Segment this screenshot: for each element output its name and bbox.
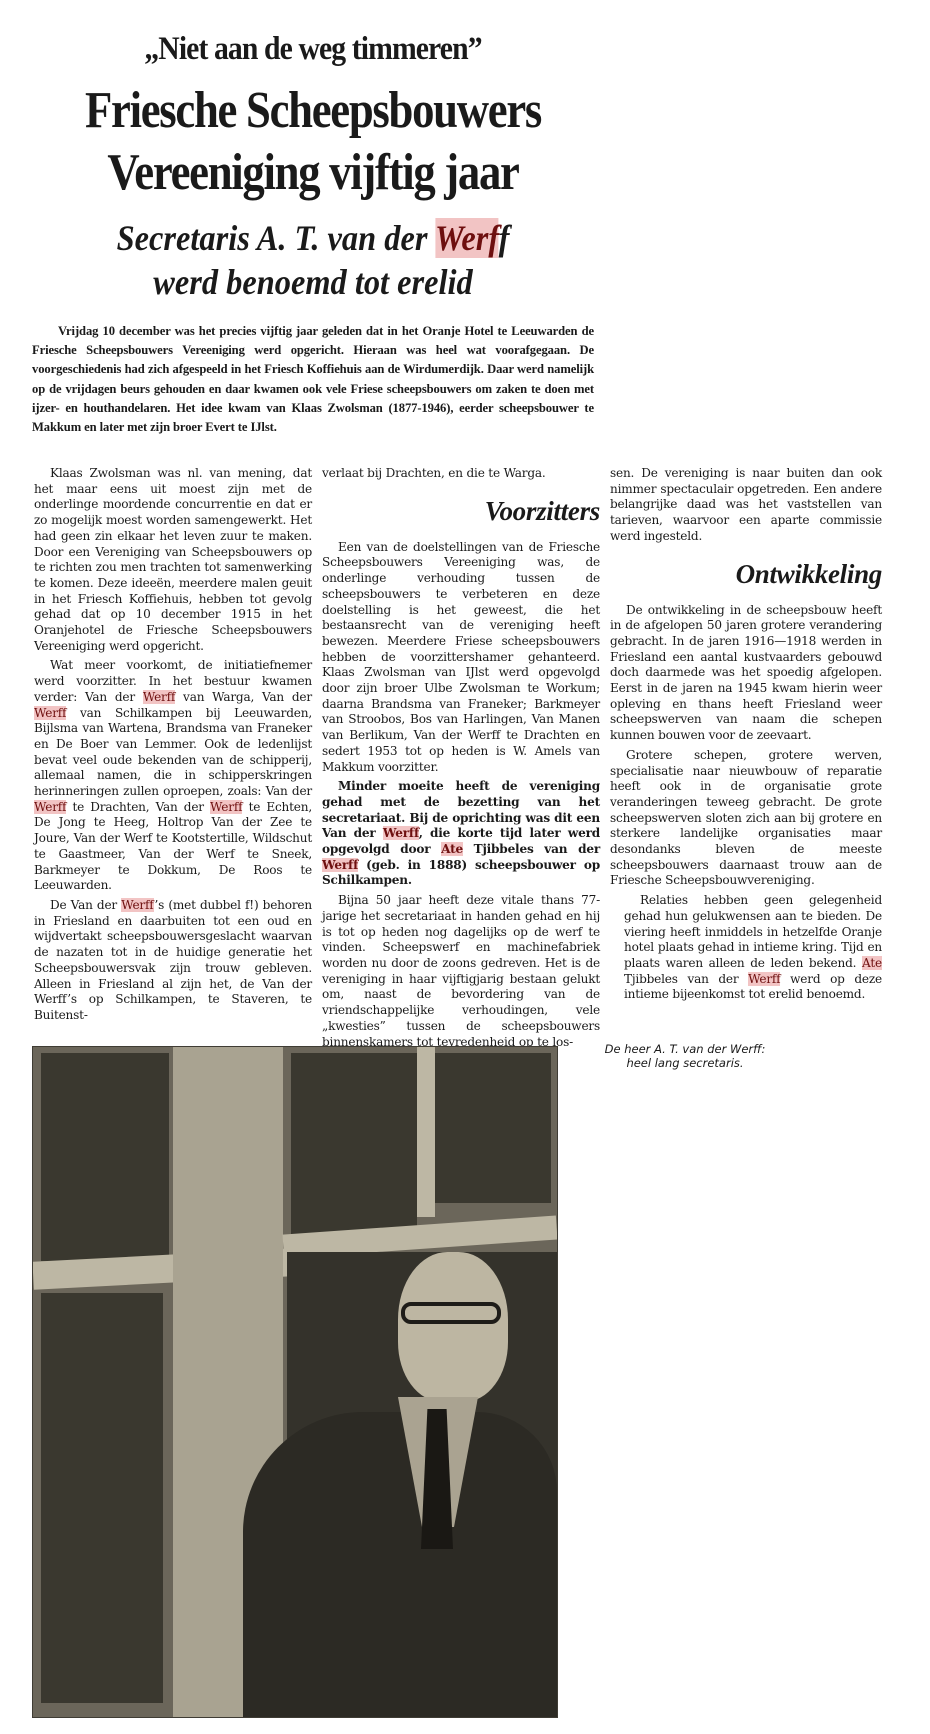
- section-heading-voorzitters: Voorzitters: [322, 496, 600, 526]
- subtitle-line-1: Secretaris A. T. van der Werff: [58, 216, 567, 260]
- caption-line-2: heel lang secretaris.: [560, 1056, 810, 1070]
- paragraph: Grotere schepen, grotere werven, special…: [610, 748, 882, 889]
- search-highlight: Werf: [435, 218, 499, 258]
- paragraph-continued: sen. De vereniging is naar buiten dan oo…: [610, 466, 882, 545]
- search-highlight: Werff: [34, 800, 66, 814]
- photo-caption: De heer A. T. van der Werff: heel lang s…: [560, 1042, 810, 1070]
- paragraph: Relaties hebben geen gelegenheid gehad h…: [610, 893, 882, 1003]
- newspaper-clipping: „Niet aan de weg timmeren” Friesche Sche…: [0, 0, 930, 1734]
- paragraph: Klaas Zwolsman was nl. van mening, dat h…: [34, 466, 312, 654]
- window-frame: [417, 1047, 435, 1217]
- paragraph: Bijna 50 jaar heeft deze vitale thans 77…: [322, 893, 600, 1050]
- subtitle-text: Secretaris A. T. van der: [117, 218, 435, 258]
- window-pane: [41, 1293, 163, 1703]
- search-highlight: Werff: [322, 858, 358, 872]
- main-title: Friesche Scheepsbouwers Vereeniging vijf…: [70, 80, 557, 204]
- person-jacket: [243, 1412, 557, 1717]
- caption-line-1: De heer A. T. van der Werff:: [560, 1042, 810, 1056]
- subtitle: Secretaris A. T. van der Werff werd beno…: [58, 216, 567, 304]
- column-3: sen. De vereniging is naar buiten dan oo…: [610, 466, 882, 1007]
- intro-paragraph: Vrijdag 10 december was het precies vijf…: [32, 322, 594, 437]
- window-pane: [291, 1053, 417, 1235]
- person-head: [398, 1252, 508, 1402]
- window-pane: [433, 1053, 551, 1203]
- column-2: verlaat bij Drachten, en die te Warga. V…: [322, 466, 600, 1054]
- title-line-2: Vereeniging vijftig jaar: [70, 142, 557, 204]
- title-line-1: Friesche Scheepsbouwers: [70, 80, 557, 142]
- paragraph: De Van der Werff’s (met dubbel f!) behor…: [34, 898, 312, 1024]
- column-1: Klaas Zwolsman was nl. van mening, dat h…: [34, 466, 312, 1028]
- paragraph: Een van de doelstellingen van de Friesch…: [322, 540, 600, 776]
- subtitle-text-end: f: [499, 218, 510, 258]
- headline-block: „Niet aan de weg timmeren” Friesche Sche…: [30, 28, 596, 304]
- search-highlight: Werff: [210, 800, 242, 814]
- search-highlight: Werff: [748, 972, 780, 986]
- paragraph: Wat meer voorkomt, de initiatiefnemer we…: [34, 658, 312, 894]
- search-highlight: Werff: [143, 690, 175, 704]
- paragraph-continued: verlaat bij Drachten, en die te Warga.: [322, 466, 600, 482]
- kicker-headline: „Niet aan de weg timmeren”: [58, 28, 567, 70]
- search-highlight: Werff: [34, 706, 66, 720]
- section-heading-ontwikkeling: Ontwikkeling: [610, 559, 882, 589]
- search-highlight: Werff: [121, 898, 154, 912]
- subtitle-line-2: werd benoemd tot erelid: [58, 260, 567, 304]
- search-highlight: Werff: [383, 826, 419, 840]
- window-pane: [41, 1053, 169, 1261]
- portrait-photo: [32, 1046, 558, 1718]
- paragraph: De ontwikkeling in de scheepsbouw heeft …: [610, 603, 882, 744]
- paragraph: Minder moeite heeft de vereniging gehad …: [322, 779, 600, 889]
- glasses: [401, 1302, 501, 1324]
- search-highlight: Ate: [441, 842, 463, 856]
- search-highlight: Ate: [862, 956, 882, 970]
